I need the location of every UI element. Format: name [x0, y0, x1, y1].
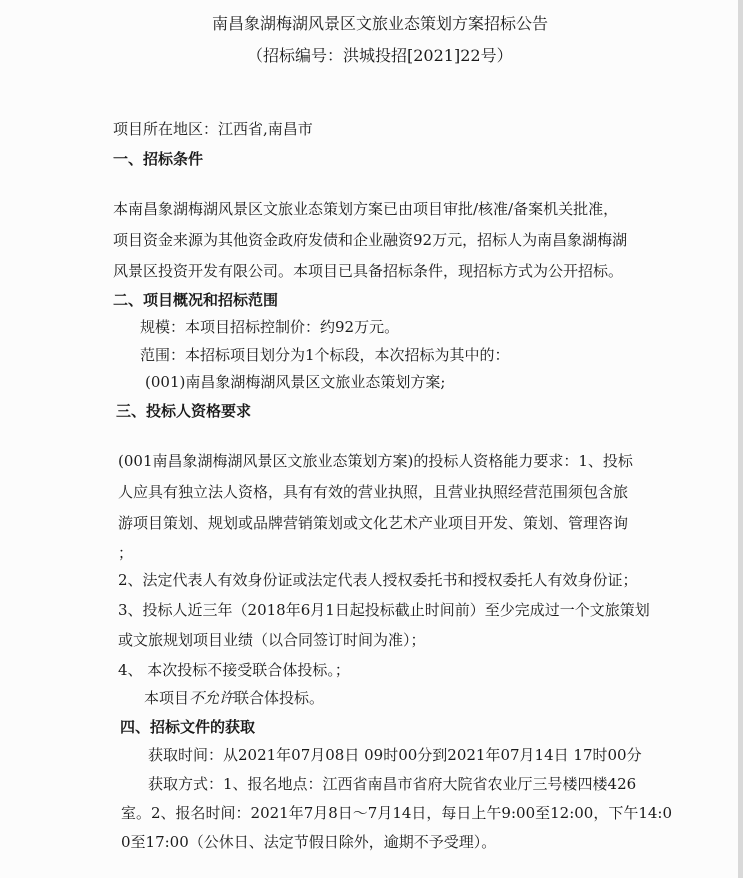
section-text: 室。2、报名时间：2021年7月8日～7月14日，每日上午9:00至12:00，…	[121, 803, 672, 823]
project-location: 项目所在地区：江西省,南昌市	[113, 119, 313, 139]
section-text: 游项目策划、规划或品牌营销策划或文化艺术产业项目开发、策划、管理咨询	[118, 513, 628, 533]
section-text: 人应具有独立法人资格，具有有效的营业执照，且营业执照经营范围须包含旅	[118, 482, 628, 502]
section-text: 获取时间：从2021年07月08日 09时00分到2021年07月14日 17时…	[148, 745, 642, 765]
consortium-note: 本项目不允许联合体投标。	[144, 688, 324, 708]
section-text: 本南昌象湖梅湖风景区文旅业态策划方案已由项目审批/核准/备案机关批准，	[113, 199, 618, 219]
section-text: 获取方式：1、报名地点：江西省南昌市省府大院省农业厅三号楼四楼426	[148, 774, 636, 794]
section-text: 规模：本项目招标控制价：约92万元。	[140, 317, 399, 337]
section-text: 0至17:00（公休日、法定节假日除外，逾期不予受理）。	[121, 832, 496, 852]
section-text: 项目资金来源为其他资金政府发债和企业融资92万元，招标人为南昌象湖梅湖	[113, 230, 627, 250]
section-text: 2、法定代表人有效身份证或法定代表人授权委托书和授权委托人有效身份证；	[118, 570, 638, 590]
page-edge-shadow	[738, 0, 743, 878]
section-heading-tender-conditions: 一、招标条件	[113, 149, 203, 169]
section-heading-bidder-qualifications: 三、投标人资格要求	[116, 401, 251, 421]
section-text: 范围：本招标项目划分为1个标段，本次招标为其中的：	[140, 345, 510, 365]
section-text: 风景区投资开发有限公司。本项目已具备招标条件，现招标方式为公开招标。	[113, 261, 623, 281]
note-italic: 不允许	[189, 689, 234, 707]
section-heading-document-acquisition: 四、招标文件的获取	[120, 717, 255, 737]
tender-number: （招标编号：洪城投招[2021]22号）	[247, 46, 513, 66]
document-page: 南昌象湖梅湖风景区文旅业态策划方案招标公告 （招标编号：洪城投招[2021]22…	[0, 0, 738, 878]
note-suffix: 联合体投标。	[234, 689, 324, 707]
document-title: 南昌象湖梅湖风景区文旅业态策划方案招标公告	[212, 14, 548, 34]
section-heading-project-overview: 二、项目概况和招标范围	[113, 290, 278, 310]
section-text: 或文旅规划项目业绩（以合同签订时间为准）；	[118, 630, 426, 650]
section-text: (001)南昌象湖梅湖风景区文旅业态策划方案;	[145, 372, 445, 392]
section-text: ；	[118, 543, 133, 563]
note-prefix: 本项目	[144, 689, 189, 707]
section-text: (001南昌象湖梅湖风景区文旅业态策划方案)的投标人资格能力要求：1、投标	[118, 451, 633, 471]
section-text: 4、 本次投标不接受联合体投标。；	[118, 660, 350, 680]
section-text: 3、投标人近三年（2018年6月1日起投标截止时间前）至少完成过一个文旅策划	[118, 600, 650, 620]
